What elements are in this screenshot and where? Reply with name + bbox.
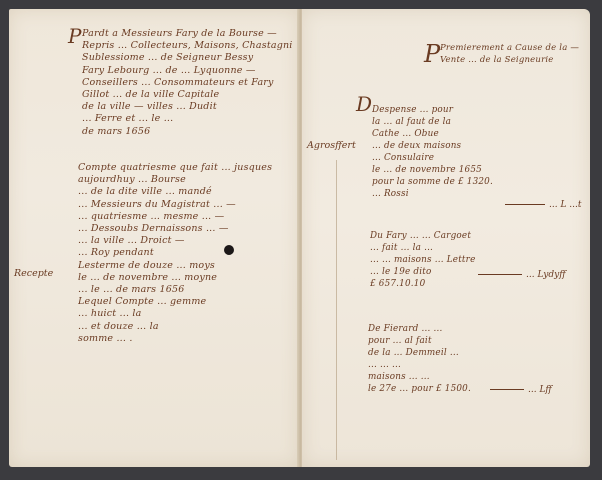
text-line: ... le ... de mars 1656 xyxy=(78,284,294,296)
text-line: ... de deux maisons xyxy=(372,140,542,152)
decorative-capital-p: P xyxy=(424,40,440,68)
signature-stroke xyxy=(478,274,522,275)
text-line: ... de la dite ville ... mandé xyxy=(78,186,294,198)
text-line: Du Fary ... ... Cargoet xyxy=(370,230,540,242)
signature-text: ... Lydyff xyxy=(526,270,566,280)
signature: ... Lff xyxy=(490,385,552,395)
text-line: ... quatriesme ... mesme ... — xyxy=(78,211,294,223)
text-line: ... huict ... la xyxy=(78,308,294,320)
text-line: Compte quatriesme que fait ... jusques xyxy=(78,162,294,174)
text-line: la ... al faut de la xyxy=(372,116,542,128)
text-line: ... Rossi xyxy=(372,188,542,200)
text-line: ... ... ... xyxy=(368,359,538,371)
text-line: ... ... maisons ... Lettre xyxy=(370,254,540,266)
signature-stroke xyxy=(490,389,524,390)
manuscript-spread: P Pardt a Messieurs Fary de la Bourse — … xyxy=(0,0,602,480)
text-line: aujourdhuy ... Bourse xyxy=(78,174,294,186)
text-line: ... la ville ... Droict — xyxy=(78,235,294,247)
heading-line: Premierement a Cause de la — xyxy=(440,42,590,54)
text-line: Gillot ... de la ville Capitale xyxy=(82,89,292,101)
text-line: Pardt a Messieurs Fary de la Bourse — xyxy=(82,28,292,40)
text-line: Lesterme de douze ... moys xyxy=(78,260,294,272)
signature-text: ... Lff xyxy=(528,385,552,395)
text-line: Cathe ... Obue xyxy=(372,128,542,140)
text-line: Repris ... Collecteurs, Maisons, Chastag… xyxy=(82,40,292,52)
text-line: Despense ... pour xyxy=(372,104,542,116)
text-line: somme ... . xyxy=(78,333,294,345)
signature-stroke xyxy=(505,204,545,205)
heading-line: Vente ... de la Seigneurie xyxy=(440,54,590,66)
text-line: ... Consulaire xyxy=(372,152,542,164)
signature: ... L ...t xyxy=(505,200,581,210)
text-line: Conseillers ... Consommateurs et Fary xyxy=(82,77,292,89)
text-line: pour ... al fait xyxy=(368,335,538,347)
text-line: ... Messieurs du Magistrat ... — xyxy=(78,199,294,211)
signature-text: ... L ...t xyxy=(549,200,581,210)
text-line: de la ville — villes ... Dudit xyxy=(82,101,292,113)
text-line: ... et douze ... la xyxy=(78,321,294,333)
decorative-capital-p: P xyxy=(68,24,81,48)
text-line: pour la somme de £ 1320. xyxy=(372,176,542,188)
text-line: Fary Lebourg ... de ... Lyquonne — xyxy=(82,65,292,77)
left-margin-note: Recepte xyxy=(14,268,53,279)
text-line: ... Roy pendant xyxy=(78,247,294,259)
left-entry-1: Pardt a Messieurs Fary de la Bourse — Re… xyxy=(82,28,292,138)
right-entry-2: Du Fary ... ... Cargoet ... fait ... la … xyxy=(370,230,540,290)
text-line: de mars 1656 xyxy=(82,126,292,138)
text-line: de la ... Demmeil ... xyxy=(368,347,538,359)
decorative-capital-d: D xyxy=(356,92,372,116)
text-line: le ... de novembre 1655 xyxy=(372,164,542,176)
text-line: le ... de novembre ... moyne xyxy=(78,272,294,284)
signature: ... Lydyff xyxy=(478,270,566,280)
text-line: ... Dessoubs Dernaissons ... — xyxy=(78,223,294,235)
ink-blot xyxy=(224,245,234,255)
text-line: maisons ... ... xyxy=(368,371,538,383)
text-line: ... fait ... la ... xyxy=(370,242,540,254)
text-line: Lequel Compte ... gemme xyxy=(78,296,294,308)
right-margin-note: Agrosffert xyxy=(307,140,356,151)
left-entry-2: Compte quatriesme que fait ... jusques a… xyxy=(78,162,294,345)
margin-rule-line xyxy=(336,160,337,460)
text-line: ... Ferre et ... le ... xyxy=(82,113,292,125)
right-heading: Premierement a Cause de la — Vente ... d… xyxy=(440,42,590,66)
text-line: Sublessiome ... de Seigneur Bessy xyxy=(82,52,292,64)
text-line: De Fierard ... ... xyxy=(368,323,538,335)
right-entry-1: Despense ... pour la ... al faut de la C… xyxy=(372,104,542,200)
